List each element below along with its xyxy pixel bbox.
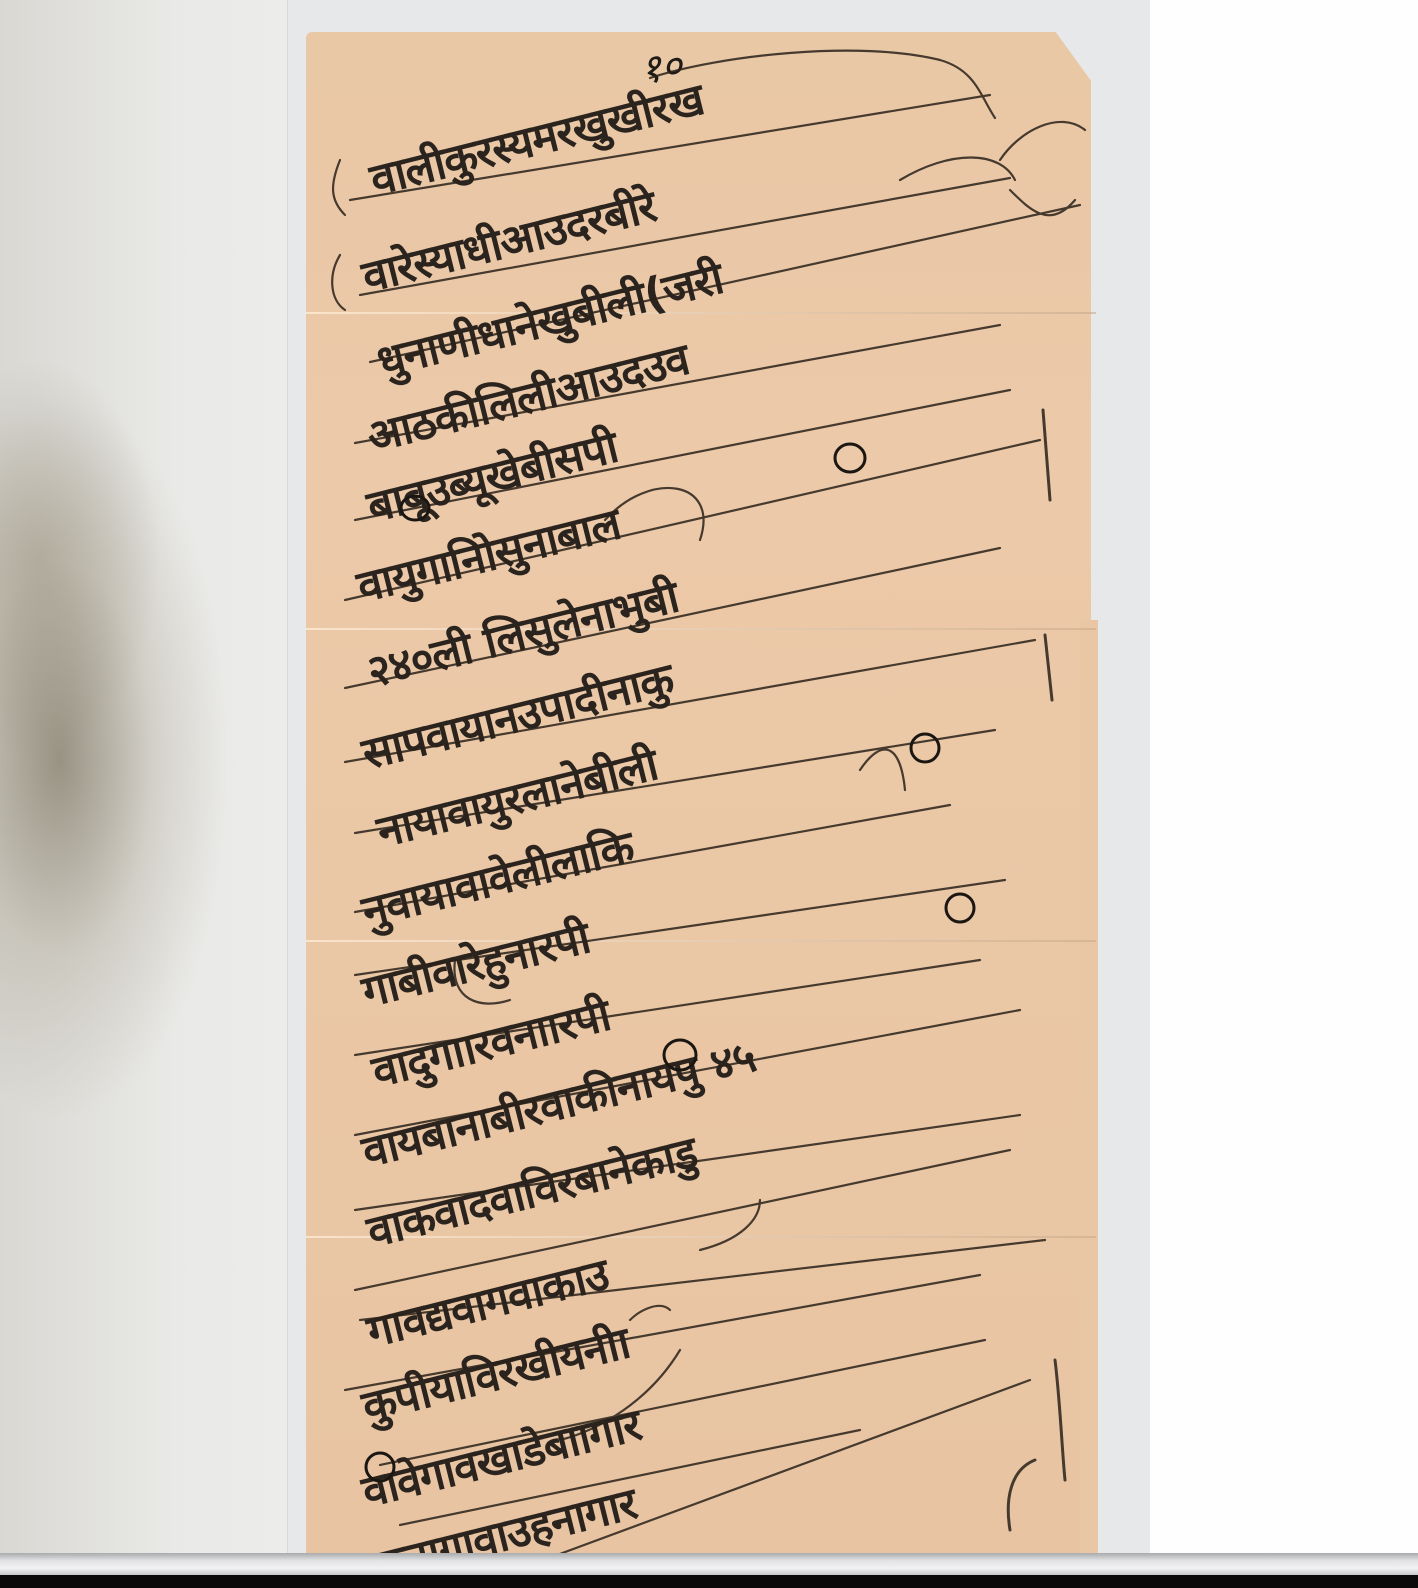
paper-fold-line [306,312,1096,314]
scanner-background-stained [0,0,290,1558]
manuscript-leaf-lower-edge [1080,620,1098,1555]
scanner-bottom-border [0,1575,1418,1588]
scanner-background [1150,0,1418,1558]
sleeve-bottom-edge [0,1553,1418,1575]
paper-fold-line [306,940,1096,942]
